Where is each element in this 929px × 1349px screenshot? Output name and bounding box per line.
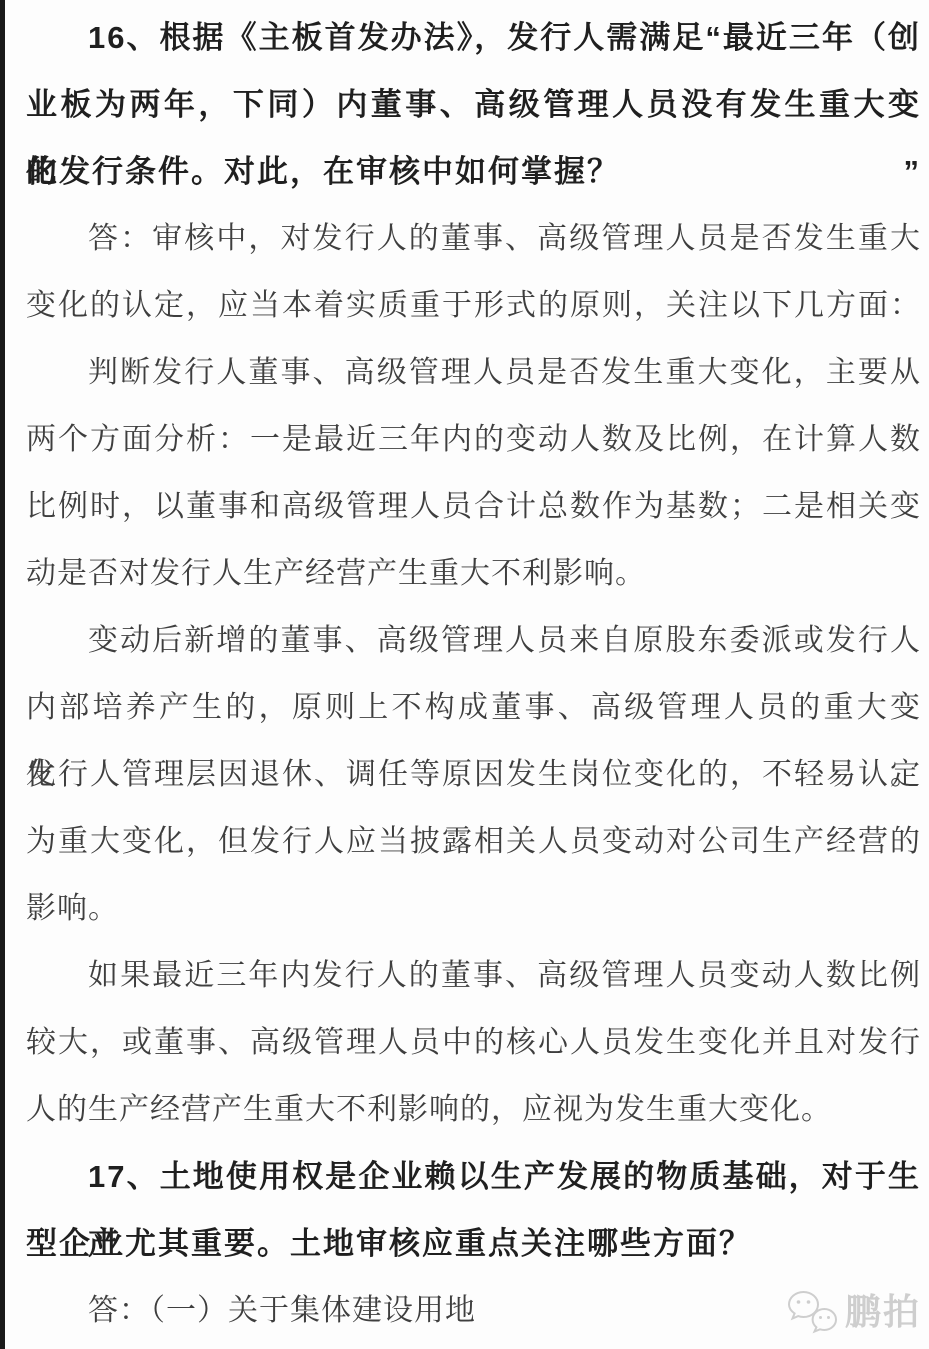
- watermark-label: 鹏拍: [845, 1294, 921, 1330]
- text-line: 答：审核中，对发行人的董事、高级管理人员是否发生重大: [26, 205, 921, 272]
- text-line: 业板为两年，下同）内董事、高级管理人员没有发生重大变化”: [26, 71, 921, 138]
- text-line: 变化的认定，应当本着实质重于形式的原则，关注以下几方面：: [26, 272, 921, 339]
- text-line: 内部培养产生的，原则上不构成董事、高级管理人员的重大变化。: [26, 674, 921, 741]
- document-body: 16、根据《主板首发办法》，发行人需满足“最近三年（创 业板为两年，下同）内董事…: [26, 4, 921, 1344]
- answer-16-criteria: 判断发行人董事、高级管理人员是否发生重大变化，主要从 两个方面分析：一是最近三年…: [26, 339, 921, 607]
- text-line: 两个方面分析：一是最近三年内的变动人数及比例，在计算人数: [26, 406, 921, 473]
- chat-bubbles-icon: [787, 1289, 839, 1335]
- text-line: 判断发行人董事、高级管理人员是否发生重大变化，主要从: [26, 339, 921, 406]
- answer-16-intro: 答：审核中，对发行人的董事、高级管理人员是否发生重大 变化的认定，应当本着实质重…: [26, 205, 921, 339]
- text-line: 动是否对发行人生产经营产生重大不利影响。: [26, 540, 921, 607]
- question-17: 17、土地使用权是企业赖以生产发展的物质基础，对于生产 型企业尤其重要。土地审核…: [26, 1143, 921, 1277]
- text-line: 变动后新增的董事、高级管理人员来自原股东委派或发行人: [26, 607, 921, 674]
- text-line: 影响。: [26, 875, 921, 942]
- answer-16-conclusion: 如果最近三年内发行人的董事、高级管理人员变动人数比例 较大，或董事、高级管理人员…: [26, 942, 921, 1143]
- text-line: 型企业尤其重要。土地审核应重点关注哪些方面？: [26, 1210, 921, 1277]
- text-line: 为重大变化，但发行人应当披露相关人员变动对公司生产经营的: [26, 808, 921, 875]
- text-line: 比例时，以董事和高级管理人员合计总数作为基数；二是相关变: [26, 473, 921, 540]
- text-line: 较大，或董事、高级管理人员中的核心人员发生变化并且对发行: [26, 1009, 921, 1076]
- text-line: 人的生产经营产生重大不利影响的，应视为发生重大变化。: [26, 1076, 921, 1143]
- scanned-document-page: { "colors": { "page_background": "#fdfdf…: [0, 0, 929, 1349]
- text-line: 17、土地使用权是企业赖以生产发展的物质基础，对于生产: [26, 1143, 921, 1210]
- text-line: 发行人管理层因退休、调任等原因发生岗位变化的，不轻易认定: [26, 741, 921, 808]
- scan-edge-artifact: [0, 0, 5, 1349]
- text-line: 如果最近三年内发行人的董事、高级管理人员变动人数比例: [26, 942, 921, 1009]
- answer-16-exceptions: 变动后新增的董事、高级管理人员来自原股东委派或发行人 内部培养产生的，原则上不构…: [26, 607, 921, 942]
- watermark: 鹏拍: [787, 1289, 921, 1335]
- question-16: 16、根据《主板首发办法》，发行人需满足“最近三年（创 业板为两年，下同）内董事…: [26, 4, 921, 205]
- text-line: 16、根据《主板首发办法》，发行人需满足“最近三年（创: [26, 4, 921, 71]
